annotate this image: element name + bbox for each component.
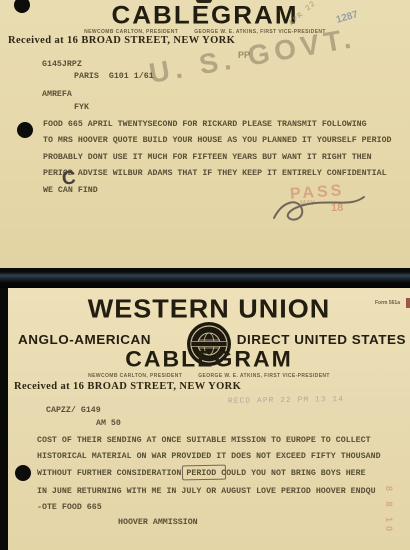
table-gap-between-documents (0, 268, 410, 288)
officer-vice-president: GEORGE W. E. ATKINS, FIRST VICE-PRESIDEN… (198, 373, 330, 379)
officer-president: NEWCOMB CARLTON, PRESIDENT (88, 373, 182, 379)
pencil-mark: C (61, 168, 76, 191)
pencil-circle-around-period (182, 465, 226, 481)
received-date-stamp: RECD APR 22 PM 13 14 (228, 395, 344, 406)
doc2-subtitle: CABLEGRAM (8, 348, 410, 370)
routing-line: AMREFA (42, 90, 72, 99)
message-line: -OTE FOOD 665 (37, 503, 102, 512)
message-line: PERIOD ADVISE WILBUR ADAMS THAT IF THEY … (43, 169, 387, 178)
message-line: TO MRS HOOVER QUOTE BUILD YOUR HOUSE AS … (43, 136, 392, 145)
routing-line: PARIS G101 1/61 (74, 72, 154, 81)
photograph-of-telegrams: CABLEGRAM NEWCOMB CARLTON, PRESIDENT GEO… (0, 0, 410, 550)
routing-line: G145JRPZ (42, 60, 82, 69)
message-line: HISTORICAL MATERIAL ON WAR PROVIDED IT D… (37, 452, 381, 461)
punch-hole (15, 465, 31, 481)
doc2-title: WESTERN UNION (8, 297, 410, 323)
doc2-received-line: Received at 16 BROAD STREET, NEW YORK (14, 381, 241, 392)
routing-line: CAPZZ/ G149 (46, 406, 101, 415)
routing-line: FYK (74, 103, 89, 112)
banner-anglo-american: ANGLO-AMERICAN (18, 332, 151, 347)
message-line: COST OF THEIR SENDING AT ONCE SUITABLE M… (37, 436, 371, 445)
doc2-sheet: Form 561a WESTERN UNION ANGLO-AMERICAN D… (8, 288, 410, 550)
message-line: PROBABLY DONT USE IT MUCH FOR FIFTEEN YE… (43, 153, 372, 162)
doc1-received-line: Received at 16 BROAD STREET, NEW YORK (8, 35, 235, 46)
routing-line: AM 50 (96, 419, 121, 428)
doc2-officers-line: NEWCOMB CARLTON, PRESIDENT GEORGE W. E. … (8, 373, 410, 379)
pencil-signature (268, 190, 368, 230)
punch-hole (17, 122, 33, 138)
message-line: IN JUNE RETURNING WITH ME IN JULY OR AUG… (37, 487, 376, 496)
cablegram-document-2: Form 561a WESTERN UNION ANGLO-AMERICAN D… (0, 288, 410, 550)
cablegram-document-1: CABLEGRAM NEWCOMB CARLTON, PRESIDENT GEO… (0, 0, 410, 268)
message-line: FOOD 665 APRIL TWENTYSECOND FOR RICKARD … (43, 120, 367, 129)
side-date-stamp: 8 8 10 (384, 486, 394, 535)
signature-line: HOOVER AMMISSION (118, 518, 198, 527)
banner-direct-united-states: DIRECT UNITED STATES (237, 332, 406, 347)
